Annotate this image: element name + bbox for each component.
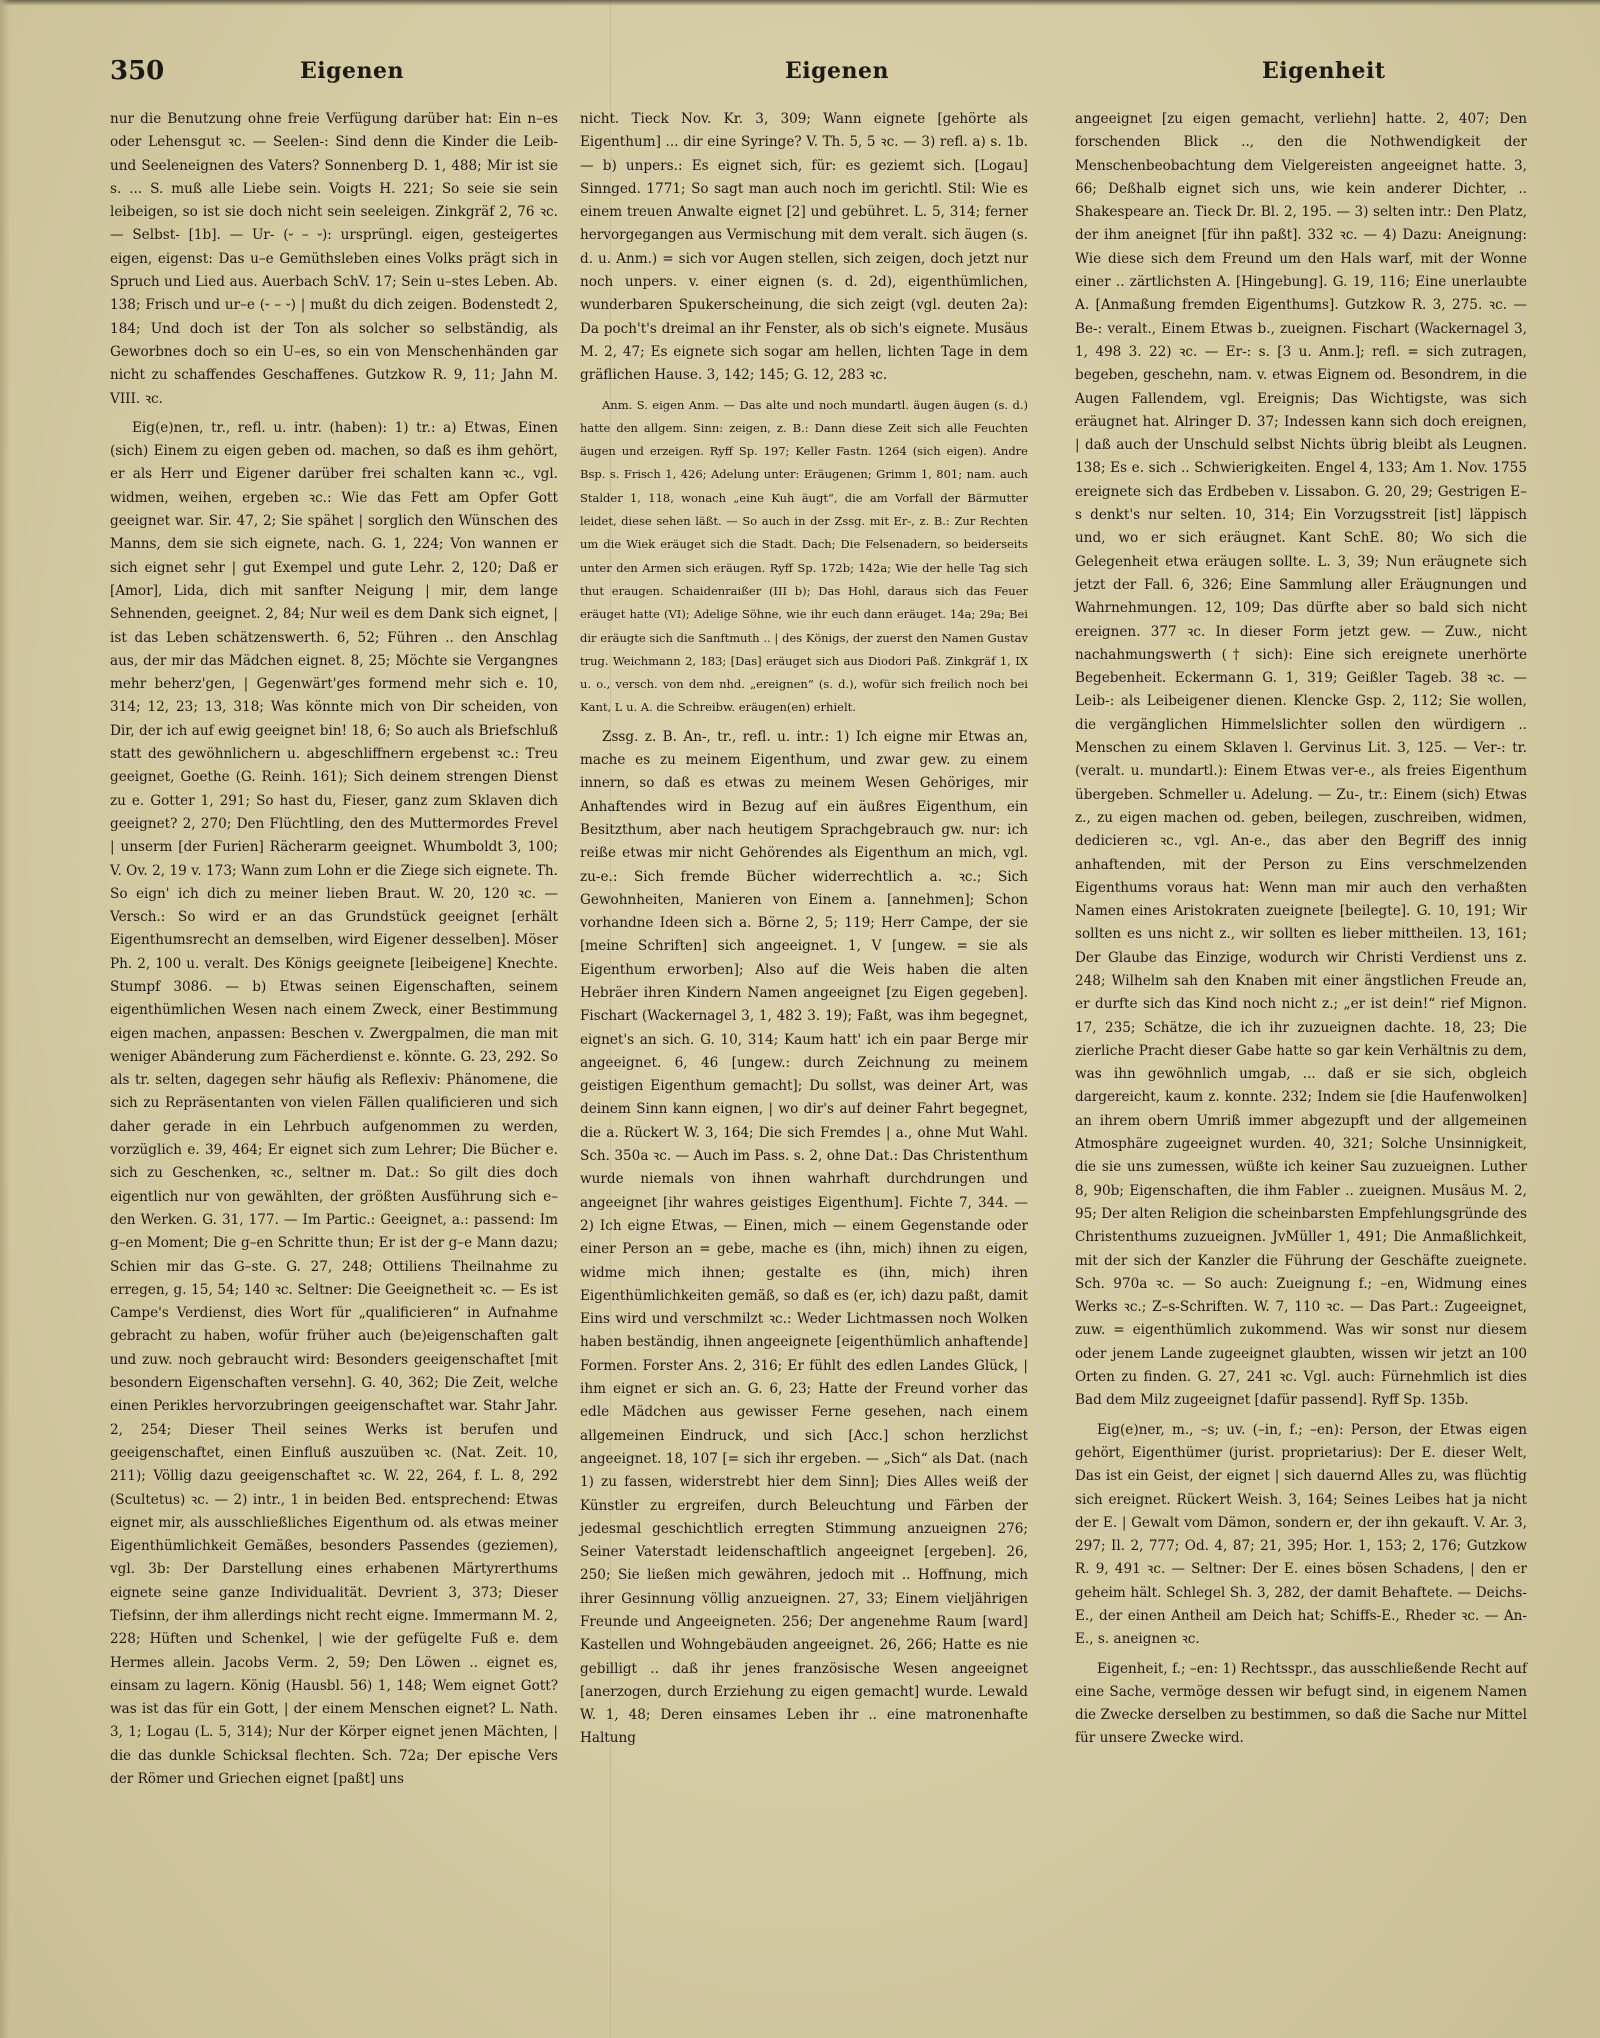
entry-eignen: Eig(e)nen, tr., refl. u. intr. (haben): …: [110, 417, 558, 1792]
column-right: angeeignet [zu eigen gemacht, verliehn] …: [1075, 108, 1527, 1751]
running-head-right: Eigenheit: [1262, 58, 1386, 84]
entry-continuation: angeeignet [zu eigen gemacht, verliehn] …: [1075, 108, 1527, 1413]
running-head-left: Eigenen: [300, 58, 404, 84]
entry-eigenheit: Eigenheit, f.; –en: 1) Rechtsspr., das a…: [1075, 1658, 1527, 1751]
entry-continuation: nicht. Tieck Nov. Kr. 3, 309; Wann eigne…: [580, 108, 1028, 388]
page-top-edge: [0, 0, 1600, 6]
entry-note-anm: Anm. S. eigen Anm. — Das alte und noch m…: [580, 394, 1028, 720]
entry-continuation: nur die Benutzung ohne freie Verfügung d…: [110, 108, 558, 411]
page-left-edge: [0, 0, 10, 2038]
running-head-center: Eigenen: [785, 58, 889, 84]
entry-compounds: Zssg. z. B. An-, tr., refl. u. intr.: 1)…: [580, 726, 1028, 1751]
entry-eigner: Eig(e)ner, m., –s; uv. (–in, f.; –en): P…: [1075, 1419, 1527, 1652]
page-header: 350 Eigenen Eigenen Eigenheit: [0, 56, 1600, 96]
page-number: 350: [110, 56, 164, 86]
column-center: nicht. Tieck Nov. Kr. 3, 309; Wann eigne…: [580, 108, 1028, 1751]
column-left: nur die Benutzung ohne freie Verfügung d…: [110, 108, 558, 1791]
